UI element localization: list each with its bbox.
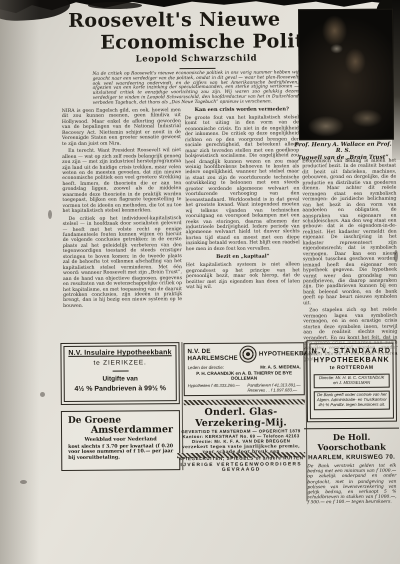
body-column-3: Economisch van belang is alleen het prod…	[302, 159, 397, 338]
divider-rule	[112, 371, 128, 372]
ad-title: Onderl. Glas-Verzekering-Mij.	[177, 406, 305, 429]
ad-bank-name-line2: HYPOTHEEKBANK	[308, 355, 396, 365]
divider-rule	[180, 68, 216, 69]
page-content: Roosevelt's Nieuwe Economische Politiek …	[0, 0, 400, 564]
ad-holl-voorschotbank: De Holl. Voorschotbank HAARLEM, KRUISWEG…	[304, 428, 400, 506]
ad-bank-name-left: N.V. DE HAARLEMSCHE	[187, 347, 237, 361]
ad-hypotheken-figure: Hypotheken f 40.333.266.—	[188, 382, 240, 392]
ad-figures-stack: Pandbrieven f 41.313.891.— Reserves . . …	[247, 382, 300, 392]
ad-haarlemsche-hypotheekbank: N.V. DE HAARLEMSCHE HYPOTHEEKBANK Leden …	[183, 342, 304, 396]
ad-subtitle: Weekblad voor Nederland	[68, 436, 173, 443]
ad-directie-row: Leden der directie: Mr. A. S. MIEDEMA,	[188, 364, 301, 370]
ad-directors: Mr. H. B. C. CASTENDIJK en J. MOSSELMAN	[333, 375, 384, 385]
ad-body: kost slechts f 3.70 per kwartaal (f 0.20…	[68, 444, 173, 461]
photo-wallace-tugwell	[298, 9, 394, 141]
section-subheading: Bezit en „kapitaal”	[186, 255, 300, 261]
paragraph: Het kapitalistisch systeem is niet allee…	[186, 263, 300, 291]
ad-offer: 4½ % Pandbrieven à 99½ %	[62, 385, 179, 393]
ad-bank-city: te ROTTERDAM	[308, 365, 396, 372]
ad-address: HAARLEM, KRUISWEG 70.	[304, 454, 399, 462]
ad-standaard-hypotheekbank: N.V. STANDAARD HYPOTHEEKBANK te ROTTERDA…	[306, 340, 397, 423]
ad-director: Mr. A. S. MIEDEMA,	[260, 364, 300, 369]
ad-figures-row: Hypotheken f 40.333.266.— Pandbrieven f …	[188, 382, 301, 393]
ad-directie-box: Directie: Mr. H. B. C. CASTENDIJK en J. …	[314, 373, 390, 388]
paragraph: NIRA is geen Engelsch gild, en ook, hoew…	[62, 108, 181, 147]
ad-title-line2: Amsterdammer	[68, 424, 173, 436]
article-author: Leopold Schwarzschild	[116, 53, 276, 64]
body-column-2: Kan een crisis worden vermeden? De groot…	[185, 107, 301, 338]
ad-bank-name: N.V. Insulaire Hypotheekbank	[61, 349, 178, 357]
haarlemsche-seal-logo	[240, 346, 257, 363]
ad-directie-label: Leden der directie:	[188, 364, 224, 369]
article-title-line1: Roosevelt's Nieuwe	[68, 8, 280, 31]
ad-insulaire-hypotheekbank: N.V. Insulaire Hypotheekbank te ZIERIKZE…	[60, 342, 179, 405]
ad-groene-amsterdammer: De Groene Amsterdammer Weekblad voor Ned…	[61, 410, 180, 471]
ad-body-box: De Bank geeft onder controle van het Alg…	[314, 390, 390, 410]
body-column-1: NIRA is geen Engelsch gild, en ook, hoew…	[62, 108, 183, 339]
ad-bank-name-row: N.V. DE HAARLEMSCHE HYPOTHEEKBANK	[187, 345, 300, 363]
paragraph: De groote fout van het kapitalistisch st…	[185, 115, 300, 252]
ad-directie-label: Directie:	[319, 375, 334, 380]
paragraph: En terecht. Want President Roosevelt wil…	[62, 148, 181, 214]
paragraph: Economisch van belang is alleen het prod…	[302, 159, 397, 307]
paragraph: De critiek op het individueel-kapitalist…	[63, 216, 183, 310]
ad-director: P. H. CRAANDIJK en A. B. THIERRY DE BYE …	[188, 370, 301, 381]
ad-title: De Holl. Voorschotbank	[304, 432, 399, 453]
article-intro: Na de critiek op Roosevelt's nieuwe econ…	[93, 71, 299, 106]
ad-offer-label: Uitgifte van	[62, 375, 179, 383]
decorative-band	[184, 399, 305, 405]
ad-glas-verzekering: Onderl. Glas-Verzekering-Mij. GEVESTIGD …	[177, 406, 305, 473]
section-heading: Kan een crisis worden vermeden?	[185, 107, 299, 113]
photo-caption-line1: Prof. Henry A. Wallace en Prof. R. S.	[291, 142, 395, 156]
ad-line: SPIEGELRUITEN, SPIEGELS of andere RUITEN	[177, 455, 305, 461]
ad-line: verzekert tegen vaste jaarlijksche premi…	[177, 444, 305, 455]
ad-reserves-figure: Reserves . . f 1.097.683.—	[247, 387, 300, 392]
newspaper-page: Roosevelt's Nieuwe Economische Politiek …	[0, 0, 400, 564]
ad-line: IJVERIGE VERTEGENWOORDIGERS GEVRAAGD	[177, 462, 305, 473]
ad-body: De Bank verstrekt gelden tot elk bedrag …	[304, 464, 399, 506]
ad-bank-city: te ZIERIKZEE.	[62, 359, 179, 367]
